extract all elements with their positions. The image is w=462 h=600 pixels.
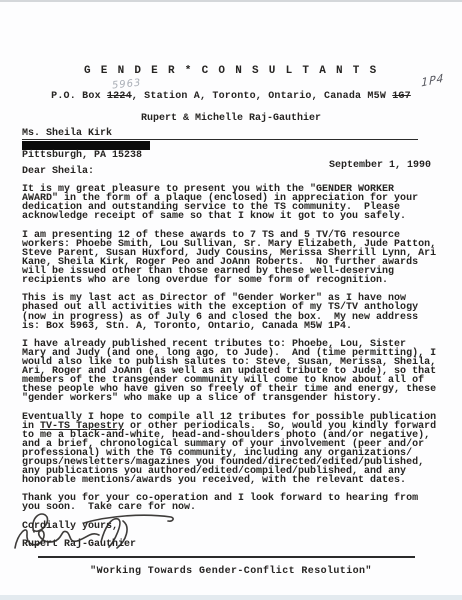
body-paragraph-4: I have already published recent tributes… (22, 340, 450, 404)
old-postal-code: 1G7 (392, 91, 411, 102)
recipient-city-line: Pittsburgh, PA 15238 (22, 150, 142, 161)
body-paragraph-1: It is my great pleasure to present you w… (22, 185, 450, 221)
letterhead-org-name: G E N D E R * C O N S U L T A N T S (0, 65, 462, 77)
address-prefix: P.O. Box (51, 91, 107, 102)
body-paragraph-2: I am presenting 12 of these awards to 7 … (22, 231, 450, 286)
letterhead-proprietors: Rupert & Michelle Raj-Gauthier (0, 113, 462, 124)
old-po-box-number: 1224 (107, 91, 132, 102)
footer-motto: "Working Towards Gender-Conflict Resolut… (0, 566, 462, 577)
letterhead-address-line: P.O. Box 1224, Station A, Toronto, Ontar… (0, 91, 462, 102)
scan-edge-bottom (0, 595, 462, 600)
letter-body: Dear Sheila: It is my great pleasure to … (22, 167, 450, 549)
salutation: Dear Sheila: (22, 167, 450, 176)
footer-divider-rule (38, 556, 415, 558)
recipient-name: Ms. Sheila Kirk (22, 128, 418, 140)
body-paragraph-5: Eventually I hope to compile all 12 trib… (22, 413, 450, 486)
scanned-letter-page: { "letterhead": { "org_name": "G E N D E… (0, 0, 462, 600)
valediction: Cordially yours, (22, 522, 450, 531)
body-paragraph-6: Thank you for your co-operation and I lo… (22, 494, 450, 512)
typed-signature-name: Rupert Raj-Gauthier (22, 540, 450, 549)
body-paragraph-3: This is my last act as Director of "Gend… (22, 294, 450, 330)
address-middle: , Station A, Toronto, Ontario, Canada M5… (132, 91, 392, 102)
paragraph-5-text-continued: or other periodicals. So, would you kind… (22, 421, 436, 487)
redacted-street-address (22, 141, 150, 150)
scan-edge-top (0, 0, 462, 2)
handwritten-po-box-annotation: 5963 (112, 77, 142, 91)
